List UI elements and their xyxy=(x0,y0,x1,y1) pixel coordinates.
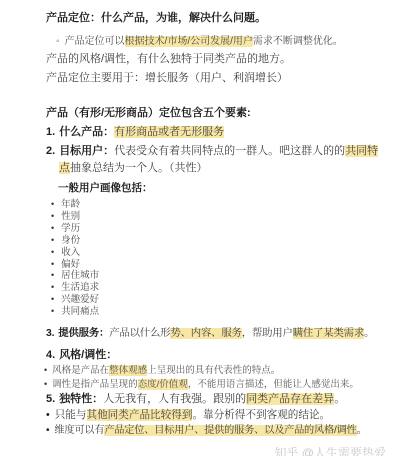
intro-adjust-line: ◦产品定位可以根据技术/市场/公司发展/用户需求不断调整优化。 xyxy=(56,34,386,49)
list-item-services: 3.提供服务：产品以什么形势、内容、服务，帮助用户瞒住了某类需求。 xyxy=(46,325,386,342)
persona-item-label: 偏好 xyxy=(61,259,80,270)
intro-adjust-post: 需求不断调整优化。 xyxy=(253,36,343,47)
bullet-icon: • xyxy=(51,294,54,304)
bullet-icon: • xyxy=(44,365,47,375)
compare-pre: 只能与 xyxy=(55,409,87,421)
item-label: 风格/调性： xyxy=(59,349,117,361)
tone-definition-bullet: •调性是指产品呈现的态度/价值观，不能用语言描述，但能让人感觉出来。 xyxy=(44,378,386,392)
item-number: 5. xyxy=(46,393,55,405)
item-label: 提供服务： xyxy=(58,328,109,339)
intro-adjust-pre: 产品定位可以 xyxy=(65,36,125,47)
item5-post: 。 xyxy=(334,393,345,405)
bullet-icon: • xyxy=(51,247,54,257)
persona-heading: 一般用户画像包括： xyxy=(58,181,386,196)
item-number: 2. xyxy=(46,145,55,157)
persona-item-education: •学历 xyxy=(51,223,386,235)
persona-item-pain-point: •共同痛点 xyxy=(51,306,386,318)
item5-pre: 人无我有，人有我强。跟别的 xyxy=(103,393,246,405)
dimensions-pre: 维度可以有 xyxy=(54,425,104,436)
bullet-icon: • xyxy=(51,306,54,316)
persona-item-label: 共同痛点 xyxy=(61,306,99,317)
list-item-what-product: 1.什么产品：有形商品或者无形服务 xyxy=(46,124,386,141)
dimensions-highlight: 产品定位、目标用户、提供的服务、以及产品的风格/调性 xyxy=(104,425,356,436)
tone-pre: 调性是指产品呈现的 xyxy=(52,379,138,390)
bullet-icon: • xyxy=(44,379,47,389)
persona-item-label: 学历 xyxy=(61,223,80,234)
bullet-icon: • xyxy=(51,259,54,269)
intro-style-line: 产品的风格/调性，有什么独特于同类产品的地方。 xyxy=(46,51,386,68)
persona-item-preference: •偏好 xyxy=(51,259,386,271)
style-pre: 风格是产品在 xyxy=(52,365,109,376)
item5-highlight: 同类产品存在差异 xyxy=(246,393,334,405)
item3-highlight-2: 瞒住了某类需求 xyxy=(293,328,364,339)
persona-item-label: 生活追求 xyxy=(61,282,99,293)
bullet-icon: • xyxy=(51,270,54,280)
item-number: 3. xyxy=(46,328,54,339)
bullet-icon: • xyxy=(51,235,54,245)
persona-item-label: 性别 xyxy=(61,211,80,222)
bullet-icon: • xyxy=(51,223,54,233)
bullet-icon: • xyxy=(51,199,54,209)
item-label: 目标用户： xyxy=(59,145,114,157)
item1-highlight: 有形商品或者无形服务 xyxy=(114,126,224,138)
compare-highlight: 其他同类产品比较得到 xyxy=(87,409,193,421)
persona-item-city: •居住城市 xyxy=(51,270,386,282)
style-post: 上呈现出的具有代表性的特点。 xyxy=(147,365,280,376)
item3-post: 。 xyxy=(364,328,374,339)
persona-item-age: •年龄 xyxy=(51,199,386,211)
document: 产品定位：什么产品，为谁，解决什么问题。 ◦产品定位可以根据技术/市场/公司发展… xyxy=(0,0,400,456)
persona-item-label: 兴趣爱好 xyxy=(61,294,99,305)
item-label: 什么产品： xyxy=(59,126,114,138)
dimensions-post: 。 xyxy=(357,425,367,436)
persona-item-life-pursuit: •生活追求 xyxy=(51,282,386,294)
persona-list: •年龄 •性别 •学历 •身份 •收入 •偏好 •居住城市 •生活追求 •兴趣爱… xyxy=(51,199,386,318)
bullet-icon: • xyxy=(51,211,54,221)
item-label: 独特性： xyxy=(59,393,103,405)
tone-post: ，不能用语言描述，但能让人感觉出来。 xyxy=(188,379,359,390)
persona-item-income: •收入 xyxy=(51,247,386,259)
item-number: 1. xyxy=(46,126,55,138)
hollow-bullet-icon: ◦ xyxy=(56,36,60,47)
tone-highlight: 态度/价值观 xyxy=(138,379,188,390)
item2-post: 抽象总结为一个人。（共性） xyxy=(70,162,208,174)
elements-section-heading: 产品（有形/无形商品）定位包含五个要素: xyxy=(46,105,386,122)
persona-item-label: 居住城市 xyxy=(61,270,99,281)
persona-item-gender: •性别 xyxy=(51,211,386,223)
intro-usage-line: 产品定位主要用于：增长服务（用户、利润增长） xyxy=(46,70,386,87)
bullet-icon: • xyxy=(51,282,54,292)
compare-post: 。靠分析得不到客观的结论。 xyxy=(192,409,330,421)
style-definition-bullet: •风格是产品在整体观感上呈现出的具有代表性的特点。 xyxy=(44,364,386,378)
item3-pre: 产品以什么形 xyxy=(109,328,170,339)
list-item-target-user: 2.目标用户：代表受众有着共同特点的一群人。吧这群人的的共同特点抽象总结为一个人… xyxy=(46,143,386,177)
persona-item-label: 收入 xyxy=(61,247,80,258)
persona-item-label: 身份 xyxy=(61,235,80,246)
item2-pre: 代表受众有着共同特点的一群人。吧这群人的的 xyxy=(114,145,345,157)
persona-item-identity: •身份 xyxy=(51,235,386,247)
item-number: 4. xyxy=(46,349,55,361)
bullet-icon: • xyxy=(46,425,49,436)
bullet-icon: • xyxy=(46,409,50,421)
zhihu-watermark: 知乎 @人生需要热爱 xyxy=(46,445,386,456)
persona-item-label: 年龄 xyxy=(61,199,80,210)
doc-title: 产品定位：什么产品，为谁，解决什么问题。 xyxy=(46,10,386,27)
list-item-uniqueness: 5.独特性：人无我有，人有我强。跟别的同类产品存在差异。 xyxy=(46,391,386,407)
item3-mid: ，帮助用户 xyxy=(242,328,293,339)
intro-adjust-highlight: 根据技术/市场/公司发展/用户 xyxy=(125,36,253,47)
style-highlight: 整体观感 xyxy=(109,365,147,376)
persona-item-hobby: •兴趣爱好 xyxy=(51,294,386,306)
list-item-style-tone: 4.风格/调性： xyxy=(46,347,386,364)
item3-highlight-1: 势、内容、服务 xyxy=(170,328,241,339)
uniqueness-compare-bullet: •只能与其他同类产品比较得到。靠分析得不到客观的结论。 xyxy=(46,407,386,423)
uniqueness-dimensions-bullet: •维度可以有产品定位、目标用户、提供的服务、以及产品的风格/调性。 xyxy=(46,423,386,439)
